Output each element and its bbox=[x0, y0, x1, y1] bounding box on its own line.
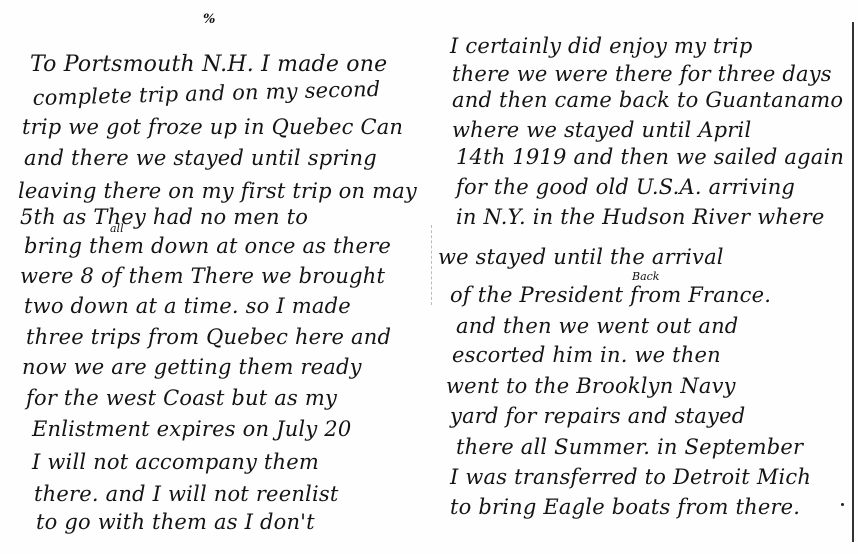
insertion-back: Back bbox=[632, 270, 659, 283]
letter-line: Enlistment expires on July 20 bbox=[32, 419, 351, 440]
stray-mark bbox=[841, 503, 844, 506]
scan-edge-line bbox=[852, 22, 854, 542]
letter-line: to go with them as I don't bbox=[36, 512, 315, 533]
letter-line: we stayed until the arrival bbox=[438, 247, 724, 268]
letter-line: two down at a time. so I made bbox=[24, 296, 351, 317]
letter-line: yard for repairs and stayed bbox=[450, 406, 745, 427]
letter-line: were 8 of them There we brought bbox=[20, 266, 385, 287]
letter-line: I was transferred to Detroit Mich bbox=[450, 467, 811, 488]
letter-line: where we stayed until April bbox=[452, 120, 751, 141]
letter-line: for the good old U.S.A. arriving bbox=[456, 177, 795, 198]
letter-line: I will not accompany them bbox=[32, 452, 319, 473]
letter-line: now we are getting them ready bbox=[22, 357, 362, 378]
letter-line: in N.Y. in the Hudson River where bbox=[456, 207, 825, 228]
letter-line: of the President from France. bbox=[450, 285, 771, 306]
letter-line: and then we went out and bbox=[456, 316, 738, 337]
letter-line: to bring Eagle boats from there. bbox=[450, 497, 800, 518]
letter-line: leaving there on my first trip on may bbox=[18, 181, 417, 202]
letter-line: escorted him in. we then bbox=[452, 345, 721, 366]
letter-line: there all Summer. in September bbox=[456, 437, 803, 458]
letter-line: trip we got froze up in Quebec Can bbox=[22, 117, 403, 138]
letter-line: 5th as They had no men to bbox=[20, 207, 308, 228]
letter-line: complete trip and on my second bbox=[32, 79, 380, 109]
letter-line: To Portsmouth N.H. I made one bbox=[30, 54, 387, 76]
letter-line: and then came back to Guantanamo bbox=[452, 90, 843, 111]
page-mark: % bbox=[203, 12, 215, 27]
letter-line: three trips from Quebec here and bbox=[26, 327, 391, 348]
letter-line: went to the Brooklyn Navy bbox=[446, 376, 736, 397]
letter-line: and there we stayed until spring bbox=[24, 148, 377, 169]
fold-mark bbox=[431, 225, 433, 305]
letter-line: there. and I will not reenlist bbox=[34, 484, 339, 505]
letter-line: there we were there for three days bbox=[452, 64, 832, 85]
letter-line: I certainly did enjoy my trip bbox=[450, 36, 752, 57]
letter-page: % To Portsmouth N.H. I made one complete… bbox=[0, 0, 858, 554]
letter-line: for the west Coast but as my bbox=[26, 388, 337, 409]
letter-line: bring them down at once as there bbox=[24, 236, 391, 257]
letter-line: 14th 1919 and then we sailed again bbox=[456, 147, 844, 168]
